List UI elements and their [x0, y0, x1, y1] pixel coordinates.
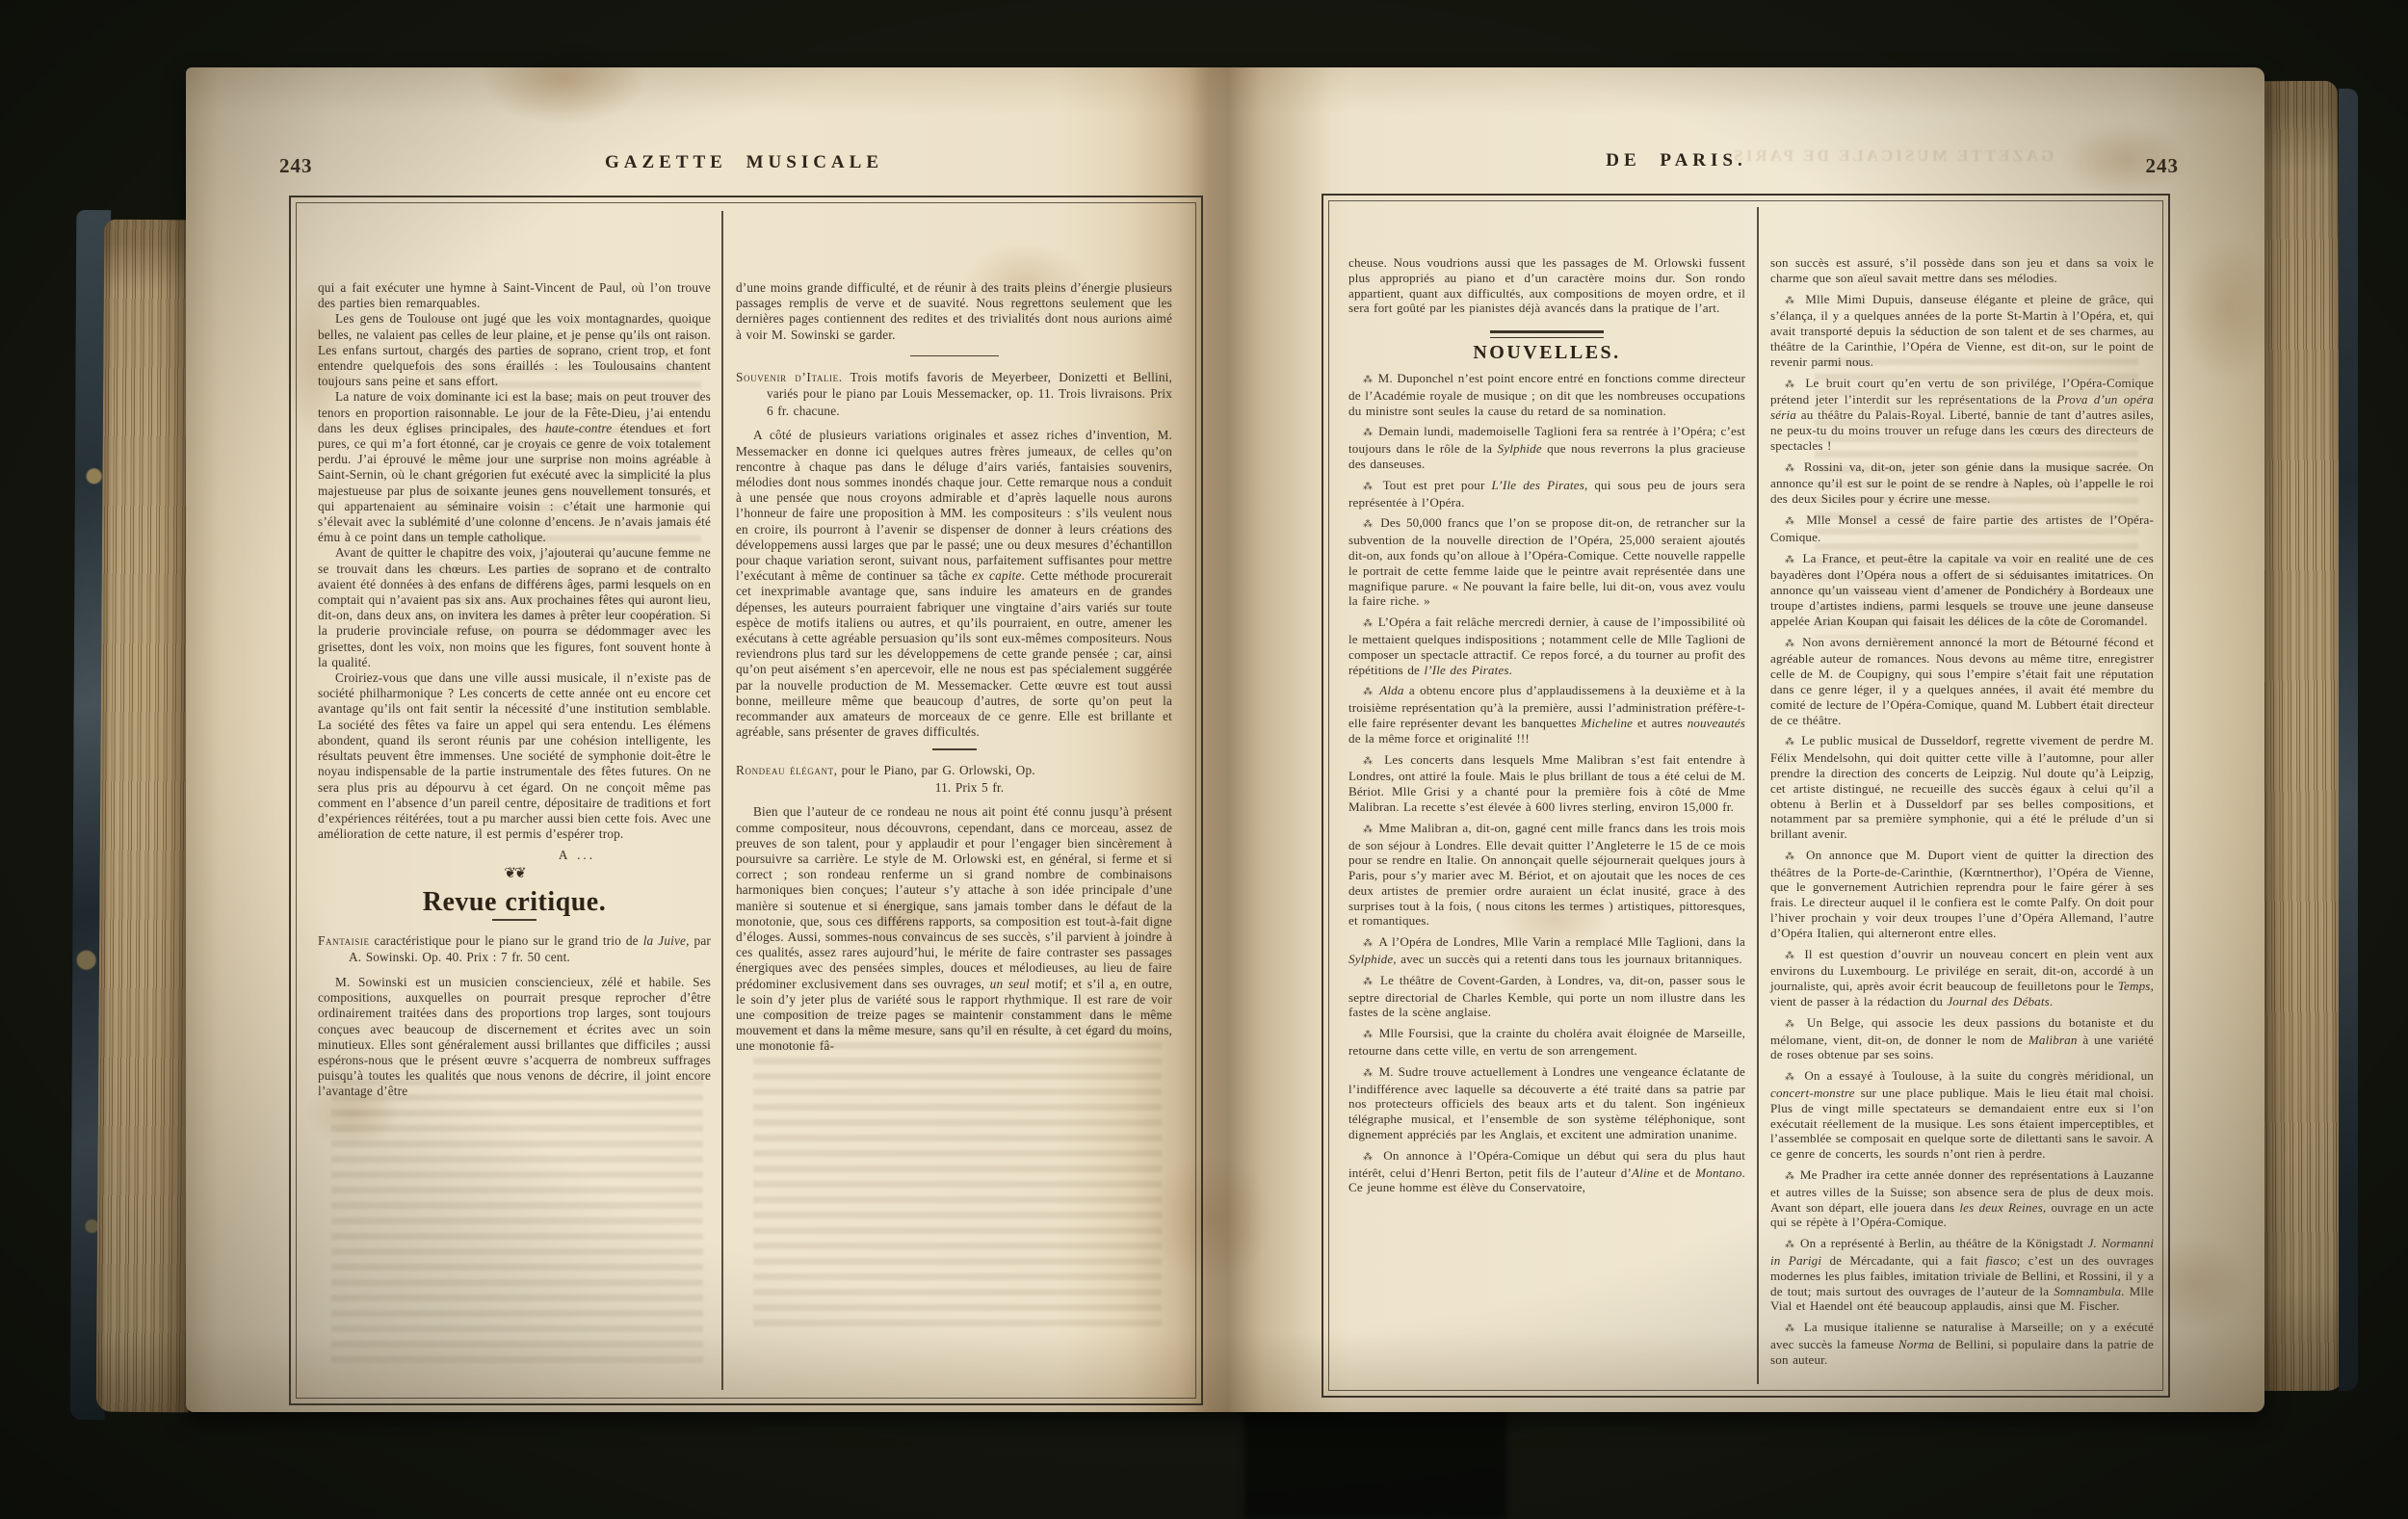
section-heading: Revue critique. — [318, 895, 711, 910]
divider-dash — [492, 919, 537, 921]
reviewed-work-title: Rondeau élégant, pour le Piano, par G. O… — [736, 762, 1172, 796]
paragraph-continuation: qui a fait exécuter une hymne à Saint-Vi… — [318, 280, 711, 311]
asterism-icon: ⁂ — [1785, 1072, 1797, 1083]
paragraph: Avant de quitter le chapitre des voix, j… — [318, 545, 711, 670]
news-item: ⁂ Un Belge, qui associe les deux passion… — [1770, 1015, 2154, 1062]
paragraph-continuation: d’une moins grande difficulté, et de réu… — [736, 280, 1172, 343]
news-item: ⁂ Demain lundi, mademoiselle Taglioni fe… — [1348, 424, 1745, 471]
news-item: ⁂ Les concerts dans lesquels Mme Malibra… — [1348, 752, 1745, 815]
asterism-icon: ⁂ — [1785, 1171, 1795, 1182]
news-item: ⁂ Mme Malibran a, dit-on, gagné cent mil… — [1348, 821, 1745, 930]
paragraph-continuation: son succès est assuré, s’il possède dans… — [1770, 255, 2154, 286]
news-item: ⁂ Rossini va, dit-on, jeter son génie da… — [1770, 459, 2154, 507]
asterism-icon: ⁂ — [1785, 555, 1797, 565]
asterism-icon: ⁂ — [1363, 825, 1374, 835]
right-page-text-frame: cheuse. Nous voudrions aussi que les pas… — [1322, 194, 2170, 1398]
divider-dash — [932, 748, 977, 750]
news-item: ⁂ On annonce que M. Duport vient de quit… — [1770, 848, 2154, 941]
paragraph: Les gens de Toulouse ont jugé que les vo… — [318, 311, 711, 389]
section-heading: NOUVELLES. — [1348, 346, 1745, 361]
left-page-column-2: d’une moins grande difficulté, et de réu… — [736, 280, 1172, 1055]
news-item: ⁂ Me Pradher ira cette année donner des … — [1770, 1167, 2154, 1230]
printer-ornament: ❦❦ — [318, 866, 711, 881]
news-item: ⁂ On a essayé à Toulouse, à la suite du … — [1770, 1068, 2154, 1162]
news-item: ⁂ Mlle Monsel a cessé de faire partie de… — [1770, 512, 2154, 545]
paragraph: A côté de plusieurs variations originale… — [736, 428, 1172, 740]
news-item: ⁂ M. Duponchel n’est point encore entré … — [1348, 371, 1745, 418]
asterism-icon: ⁂ — [1363, 1030, 1374, 1040]
news-item: ⁂ L’Opéra a fait relâche mercredi dernie… — [1348, 615, 1745, 677]
right-page-column-1: cheuse. Nous voudrions aussi que les pas… — [1348, 255, 1745, 1195]
news-item: ⁂ Mlle Foursisi, que la crainte du cholé… — [1348, 1026, 1745, 1059]
marbled-cover-right-edge — [2339, 89, 2358, 1391]
left-page-running-title: GAZETTE MUSICALE — [289, 152, 1199, 173]
asterism-icon: ⁂ — [1785, 380, 1798, 390]
column-divider-rule — [721, 211, 723, 1390]
asterism-icon: ⁂ — [1363, 519, 1374, 530]
news-item: ⁂ On annonce à l’Opéra-Comique un début … — [1348, 1148, 1745, 1195]
asterism-icon: ⁂ — [1785, 516, 1798, 527]
news-item: ⁂ A l’Opéra de Londres, Mlle Varin a rem… — [1348, 934, 1745, 967]
news-item: ⁂ Le bruit court qu’en vertu de son priv… — [1770, 376, 2154, 454]
author-signature: A ... — [318, 848, 711, 863]
asterism-icon: ⁂ — [1785, 296, 1798, 306]
left-page-text-frame: qui a fait exécuter une hymne à Saint-Vi… — [289, 196, 1203, 1405]
asterism-icon: ⁂ — [1785, 851, 1798, 862]
news-item: ⁂ Non avons dernièrement annoncé la mort… — [1770, 635, 2154, 728]
photo-background: 243 GAZETTE MUSICALE qui a fait exécuter… — [0, 0, 2408, 1519]
asterism-icon: ⁂ — [1785, 737, 1796, 747]
news-item: ⁂ Le théâtre de Covent-Garden, à Londres… — [1348, 973, 1745, 1020]
asterism-icon: ⁂ — [1363, 375, 1374, 385]
news-item: ⁂ La France, et peut-être la capitale va… — [1770, 551, 2154, 629]
left-page-column-1: qui a fait exécuter une hymne à Saint-Vi… — [318, 280, 711, 1100]
right-page-column-2: son succès est assuré, s’il possède dans… — [1770, 255, 2154, 1368]
news-item: ⁂ Tout est pret pour L’Ile des Pirates, … — [1348, 478, 1745, 511]
asterism-icon: ⁂ — [1363, 938, 1374, 949]
page-stack-left-edge — [96, 220, 197, 1413]
asterism-icon: ⁂ — [1785, 951, 1798, 961]
right-page-number: 243 — [2100, 154, 2179, 178]
news-item: ⁂ Des 50,000 francs que l’on se propose … — [1348, 515, 1745, 609]
right-page-running-title: DE PARIS. — [1322, 150, 2166, 171]
asterism-icon: ⁂ — [1785, 639, 1796, 649]
asterism-icon: ⁂ — [1363, 1152, 1376, 1163]
column-divider-rule — [1757, 207, 1759, 1384]
asterism-icon: ⁂ — [1363, 482, 1376, 492]
paragraph: Bien que l’auteur de ce rondeau ne nous … — [736, 804, 1172, 1054]
news-item: ⁂ Mlle Mimi Dupuis, danseuse élégante et… — [1770, 292, 2154, 370]
reviewed-work-title: Fantaisie caractéristique pour le piano … — [318, 932, 711, 966]
spine-shadow-bottom — [1244, 1401, 1506, 1519]
reviewed-work-title: Souvenir d’Italie. Trois motifs favoris … — [736, 369, 1172, 420]
asterism-icon: ⁂ — [1785, 1019, 1799, 1030]
news-item: ⁂ Le public musical de Dusseldorf, regre… — [1770, 733, 2154, 842]
divider-rule — [910, 355, 999, 356]
asterism-icon: ⁂ — [1785, 463, 1797, 474]
paragraph: Croiriez-vous que dans une ville aussi m… — [318, 670, 711, 842]
news-item: ⁂ La musique italienne se naturalise à M… — [1770, 1320, 2154, 1367]
paragraph-continuation: cheuse. Nous voudrions aussi que les pas… — [1348, 255, 1745, 316]
asterism-icon: ⁂ — [1785, 1240, 1795, 1250]
asterism-icon: ⁂ — [1785, 1323, 1797, 1334]
work-title-price-line: 11. Prix 5 fr. — [767, 779, 1172, 797]
asterism-icon: ⁂ — [1363, 428, 1374, 438]
asterism-icon: ⁂ — [1363, 618, 1374, 629]
asterism-icon: ⁂ — [1363, 977, 1374, 987]
page-stack-right-edge — [2257, 81, 2343, 1391]
paragraph: La nature de voix dominante ici est la b… — [318, 389, 711, 545]
paragraph: M. Sowinski est un musicien consciencieu… — [318, 975, 711, 1100]
asterism-icon: ⁂ — [1363, 687, 1374, 697]
news-item: ⁂ M. Sudre trouve actuellement à Londres… — [1348, 1064, 1745, 1142]
news-item: ⁂ Alda a obtenu encore plus d’applaudiss… — [1348, 683, 1745, 746]
asterism-icon: ⁂ — [1363, 756, 1376, 767]
asterism-icon: ⁂ — [1363, 1068, 1374, 1079]
news-item: ⁂ Il est question d’ouvrir un nouveau co… — [1770, 947, 2154, 1009]
news-item: ⁂ On a représenté à Berlin, au théâtre d… — [1770, 1236, 2154, 1314]
divider-double-rule — [1490, 330, 1604, 338]
